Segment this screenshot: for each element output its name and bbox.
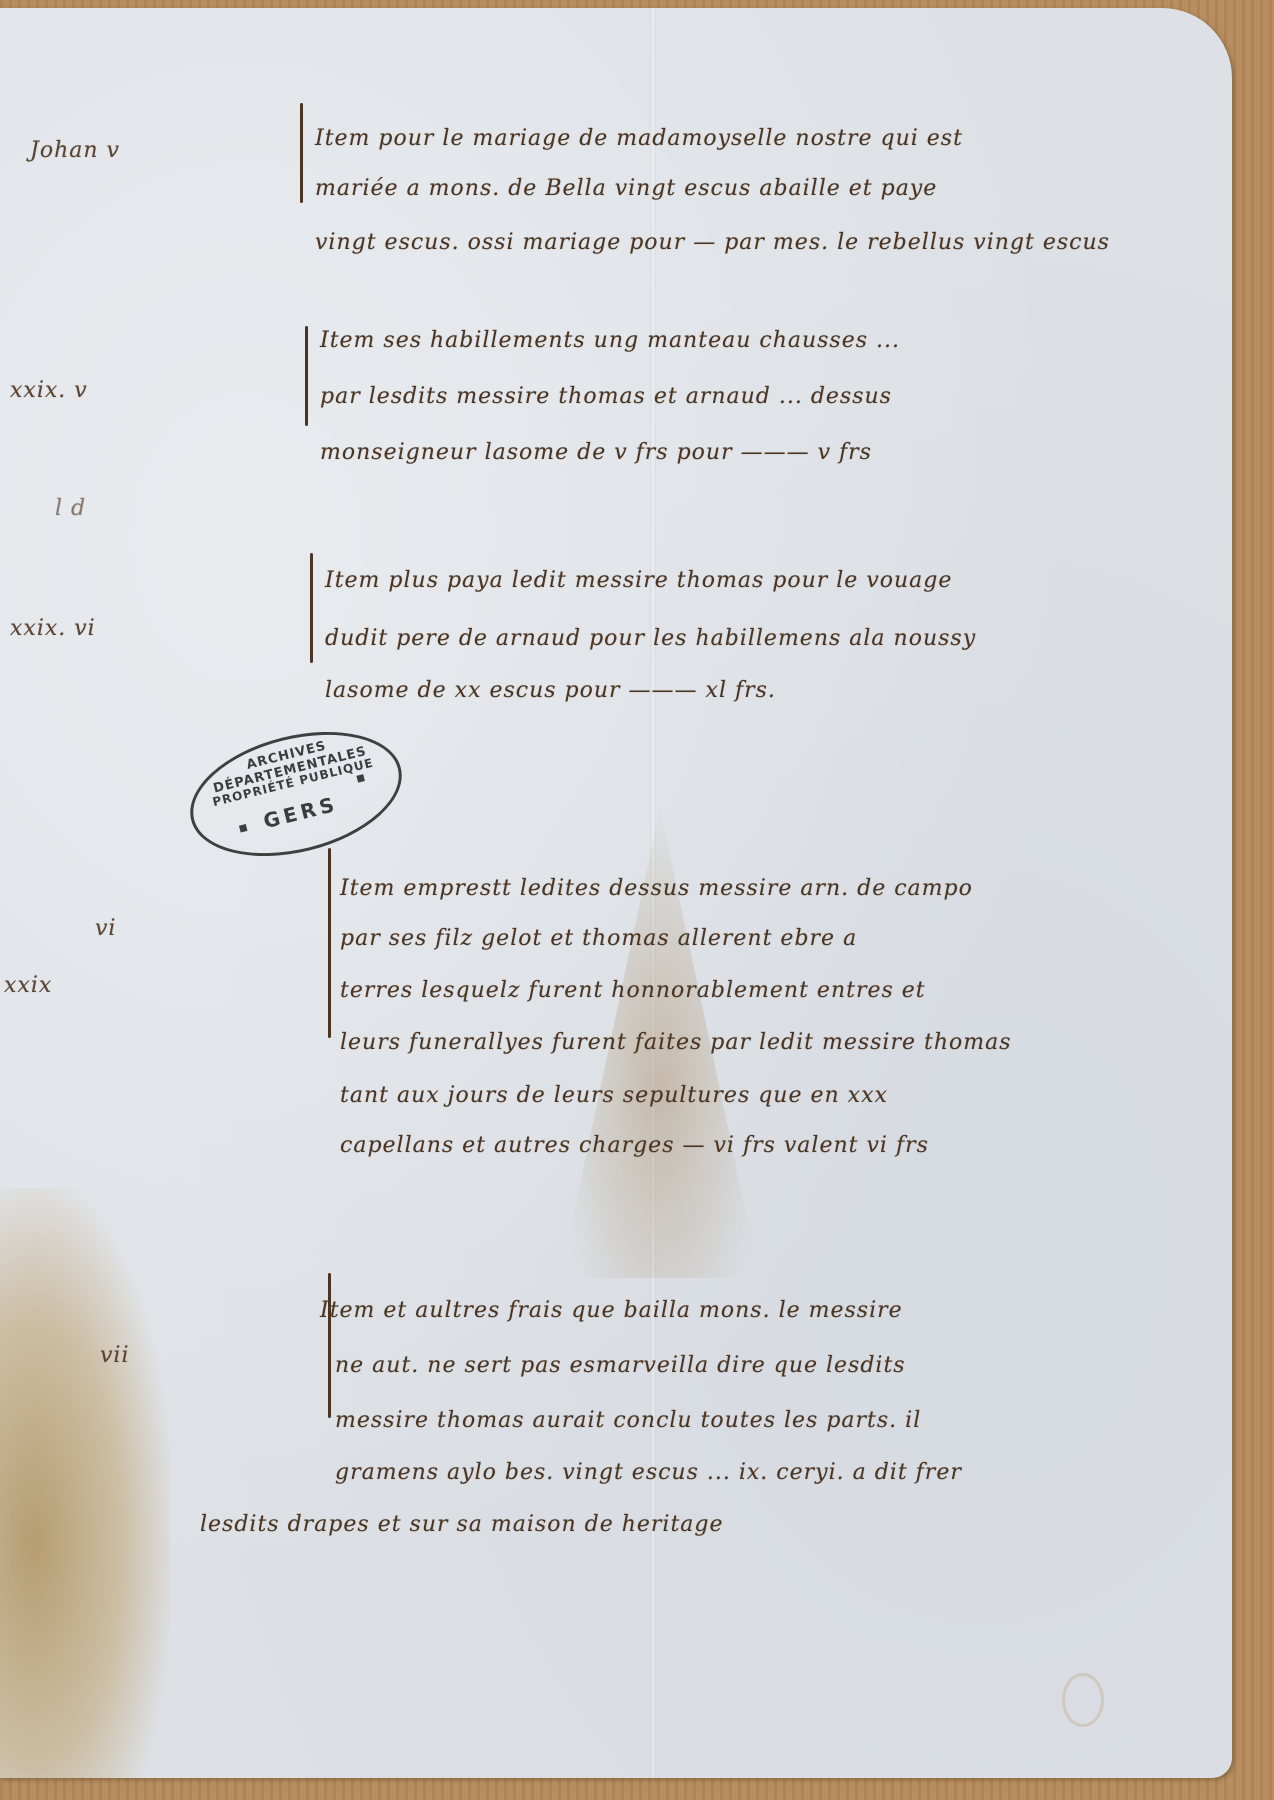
entry-initial-stroke — [305, 326, 308, 426]
entry-initial-stroke — [328, 848, 331, 1038]
entry-5-line-3: messire thomas aurait conclu toutes les … — [335, 1408, 921, 1433]
entry-1-line-2: mariée a mons. de Bella vingt escus abai… — [315, 176, 937, 201]
margin-note: xxix — [4, 973, 52, 998]
entry-4-line-3: terres lesquelz furent honnorablement en… — [340, 978, 926, 1003]
entry-2-line-1: Item ses habillements ung manteau chauss… — [320, 328, 900, 353]
entry-4-line-4: leurs funerallyes furent faites par ledi… — [340, 1030, 1012, 1055]
margin-note: vi — [95, 916, 116, 941]
margin-note: xxix. vi — [10, 616, 96, 641]
entry-2-line-2: par lesdits messire thomas et arnaud ...… — [320, 384, 892, 409]
margin-note: Johan v — [30, 138, 120, 163]
entry-2-line-3: monseigneur lasome de v frs pour ——— v f… — [320, 440, 872, 465]
entry-3-line-2: dudit pere de arnaud pour les habillemen… — [325, 626, 976, 651]
entry-initial-stroke — [300, 103, 303, 203]
entry-initial-stroke — [328, 1273, 331, 1418]
margin-note: l d — [55, 496, 86, 521]
stain-ring — [1062, 1673, 1104, 1727]
margin-note: xxix. v — [10, 378, 88, 403]
entry-initial-stroke — [310, 553, 313, 663]
entry-4-line-5: tant aux jours de leurs sepultures que e… — [340, 1083, 888, 1108]
entry-5-line-5: lesdits drapes et sur sa maison de herit… — [200, 1512, 724, 1537]
manuscript-page: Johan v xxix. v l d xxix. vi vi xxix vii… — [0, 8, 1232, 1778]
entry-5-line-4: gramens aylo bes. vingt escus ... ix. ce… — [335, 1460, 962, 1485]
water-stain-left — [0, 1188, 170, 1778]
entry-3-line-3: lasome de xx escus pour ——— xl frs. — [325, 678, 776, 703]
entry-3-line-1: Item plus paya ledit messire thomas pour… — [325, 568, 952, 593]
entry-5-line-1: Item et aultres frais que bailla mons. l… — [320, 1298, 903, 1323]
entry-4-line-6: capellans et autres charges — vi frs val… — [340, 1133, 929, 1158]
entry-4-line-1: Item emprestt ledites dessus messire arn… — [340, 876, 973, 901]
entry-5-line-2: ne aut. ne sert pas esmarveilla dire que… — [335, 1353, 906, 1378]
stamp-dot — [356, 774, 364, 782]
entry-4-line-2: par ses filz gelot et thomas allerent eb… — [340, 926, 857, 951]
entry-1-line-1: Item pour le mariage de madamoyselle nos… — [315, 126, 963, 151]
archive-stamp: ARCHIVES DÉPARTEMENTALES PROPRIÉTÉ PUBLI… — [177, 712, 415, 877]
entry-1-line-3: vingt escus. ossi mariage pour — par mes… — [315, 230, 1110, 255]
margin-note: vii — [100, 1343, 130, 1368]
